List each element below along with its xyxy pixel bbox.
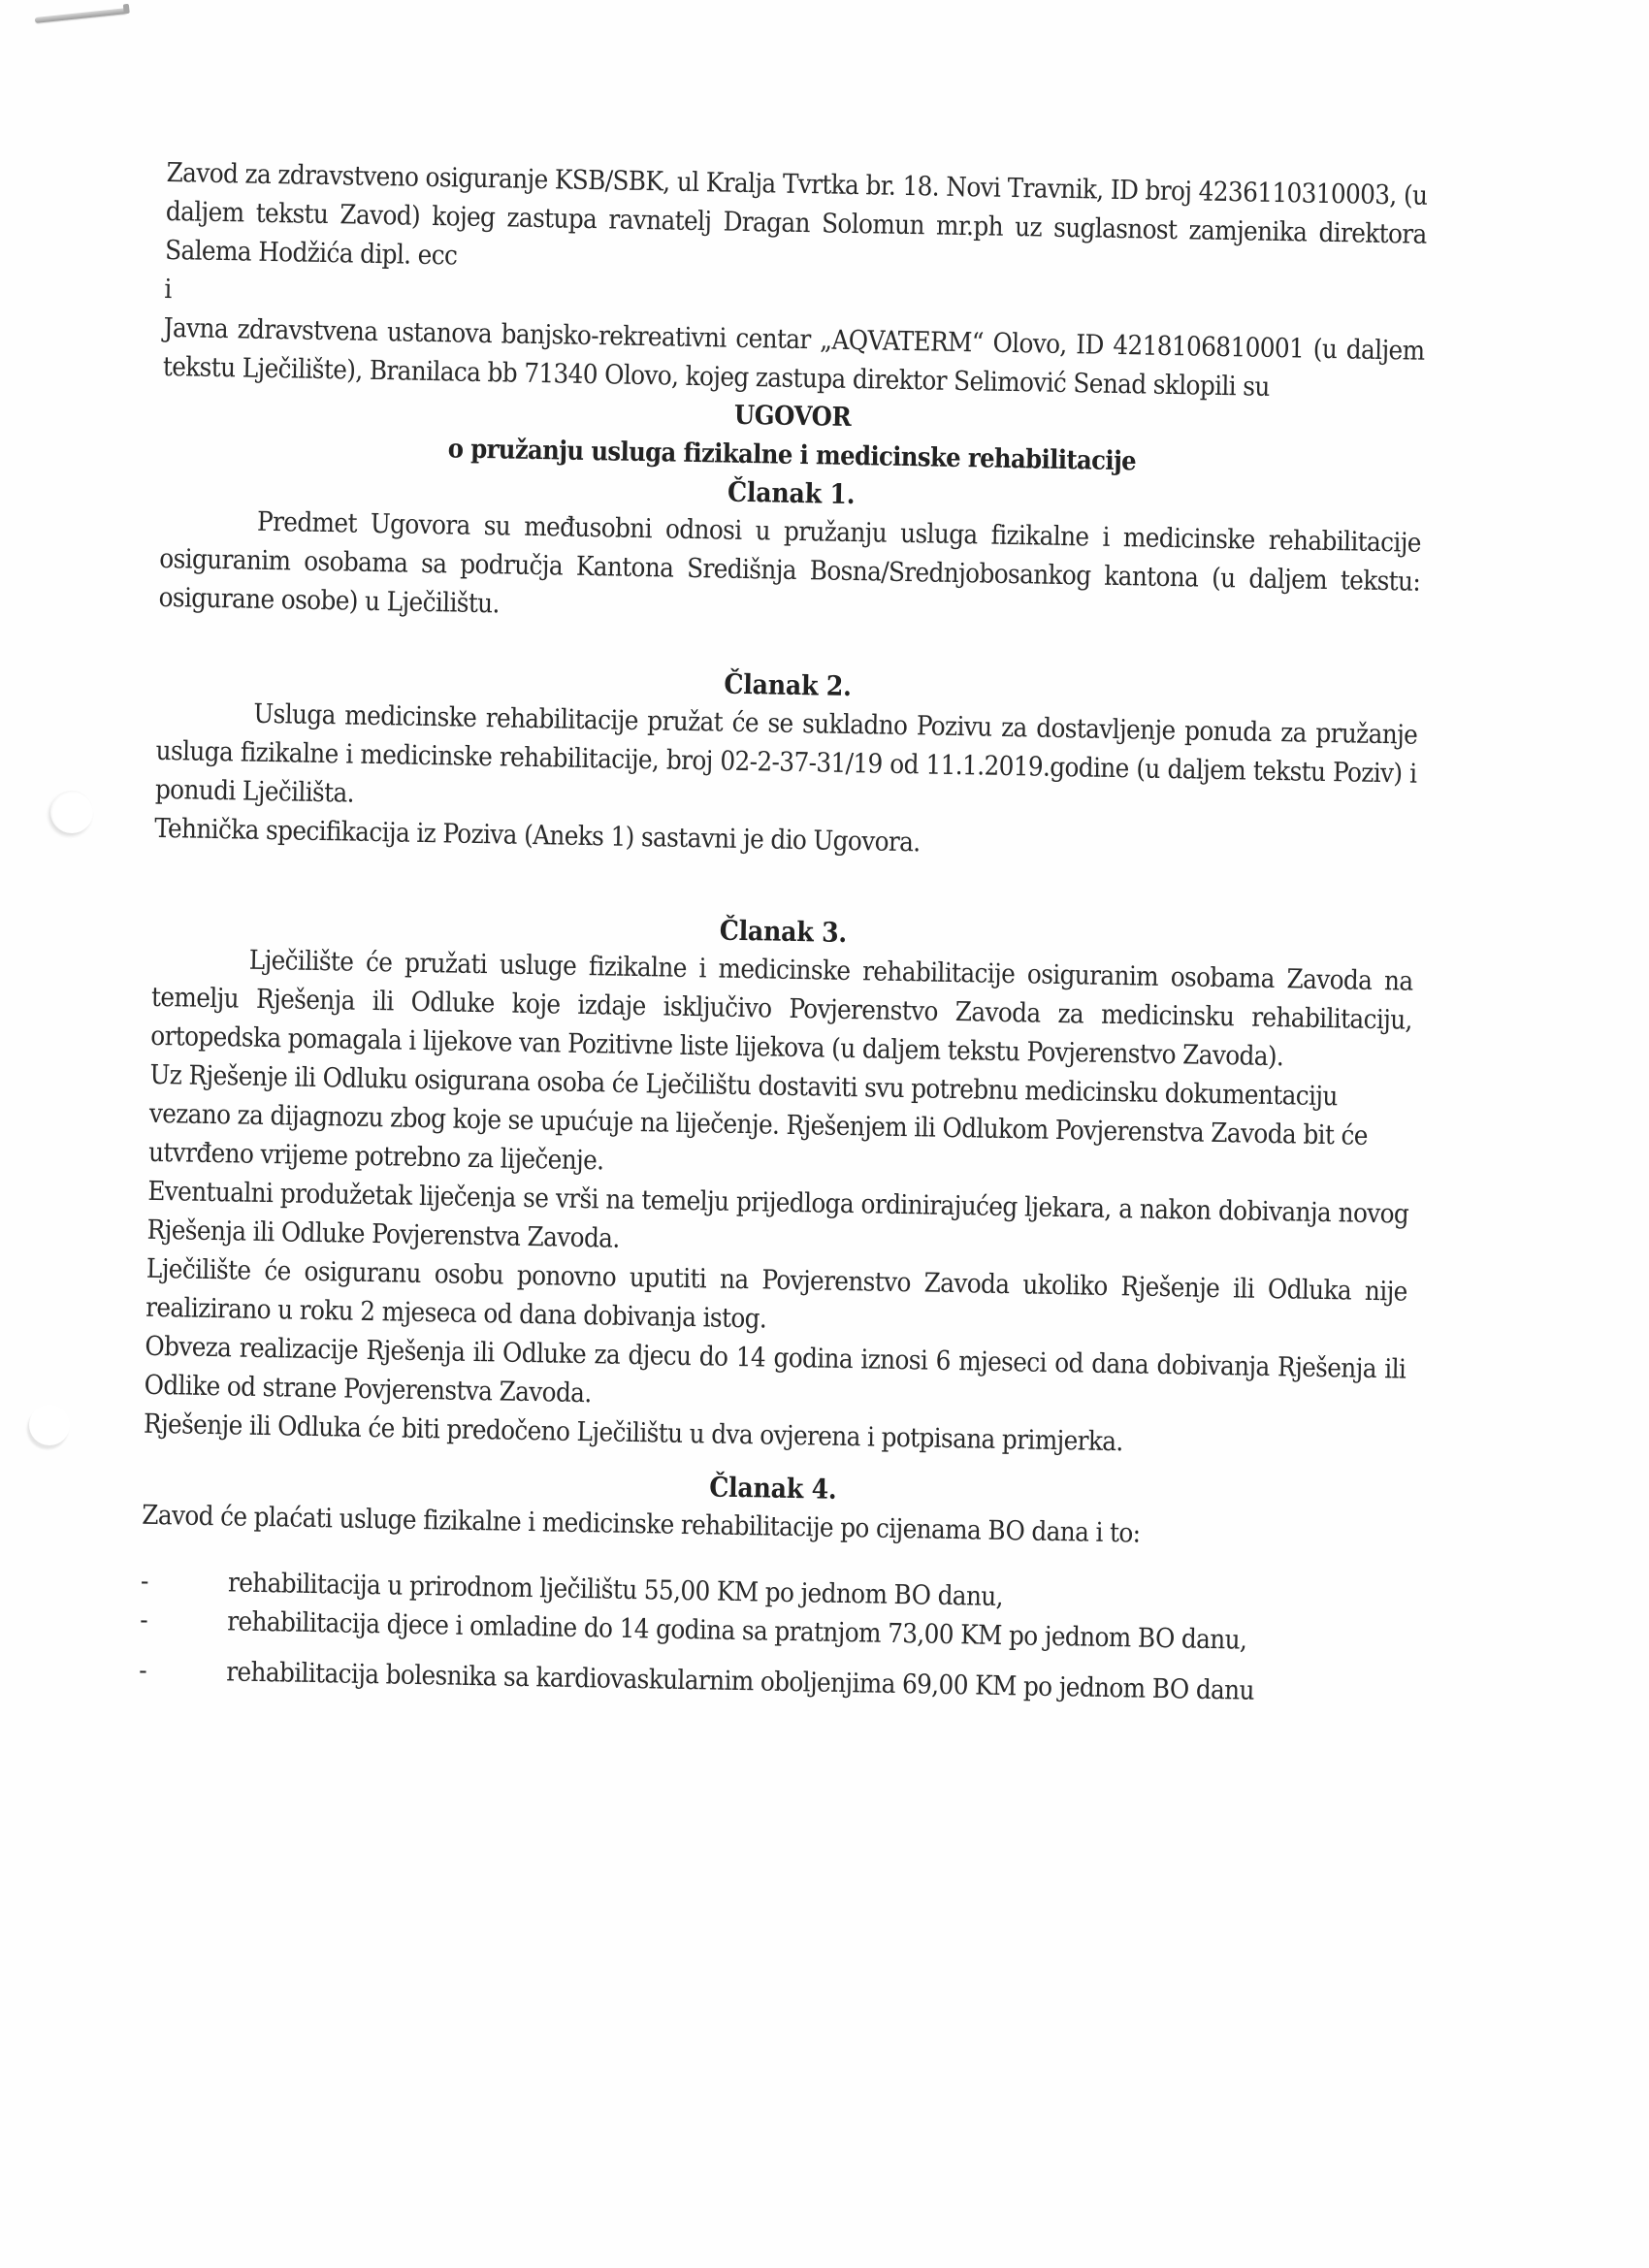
article-paragraph: Lječilište će pružati usluge fizikalne i… (150, 939, 1413, 1079)
article-2: Članak 2. Usluga medicinske rehabilitaci… (154, 656, 1418, 871)
price-list: - rehabilitacija u prirodnom lječilištu … (139, 1562, 1402, 1713)
price-list-item: - rehabilitacija bolesnika sa kardiovask… (226, 1652, 1401, 1712)
article-paragraph: Usluga medicinske rehabilitacije pružat … (155, 693, 1418, 832)
article-4: Članak 4. Zavod će plaćati usluge fizika… (139, 1459, 1404, 1713)
first-party-paragraph: Zavod za zdravstveno osiguranje KSB/SBK,… (165, 153, 1428, 293)
punch-hole-shadow (50, 791, 93, 833)
price-item-text: rehabilitacija bolesnika sa kardiovaskul… (226, 1656, 1254, 1705)
contract-body: Zavod za zdravstveno osiguranje KSB/SBK,… (139, 153, 1428, 1713)
staple-mark (35, 8, 128, 23)
article-paragraph: Predmet Ugovora su međusobni odnosi u pr… (158, 501, 1421, 640)
punch-hole-shadow (29, 1405, 70, 1445)
scanned-page: Zavod za zdravstveno osiguranje KSB/SBK,… (0, 0, 1649, 2268)
dash-bullet: - (141, 1562, 171, 1602)
dash-bullet: - (140, 1601, 170, 1640)
dash-bullet: - (139, 1651, 169, 1691)
article-paragraph: Uz Rješenje ili Odluku osigurana osoba ć… (148, 1055, 1411, 1195)
article-1: Članak 1. Predmet Ugovora su međusobni o… (158, 464, 1422, 640)
article-3: Članak 3. Lječilište će pružati usluge f… (144, 902, 1414, 1467)
